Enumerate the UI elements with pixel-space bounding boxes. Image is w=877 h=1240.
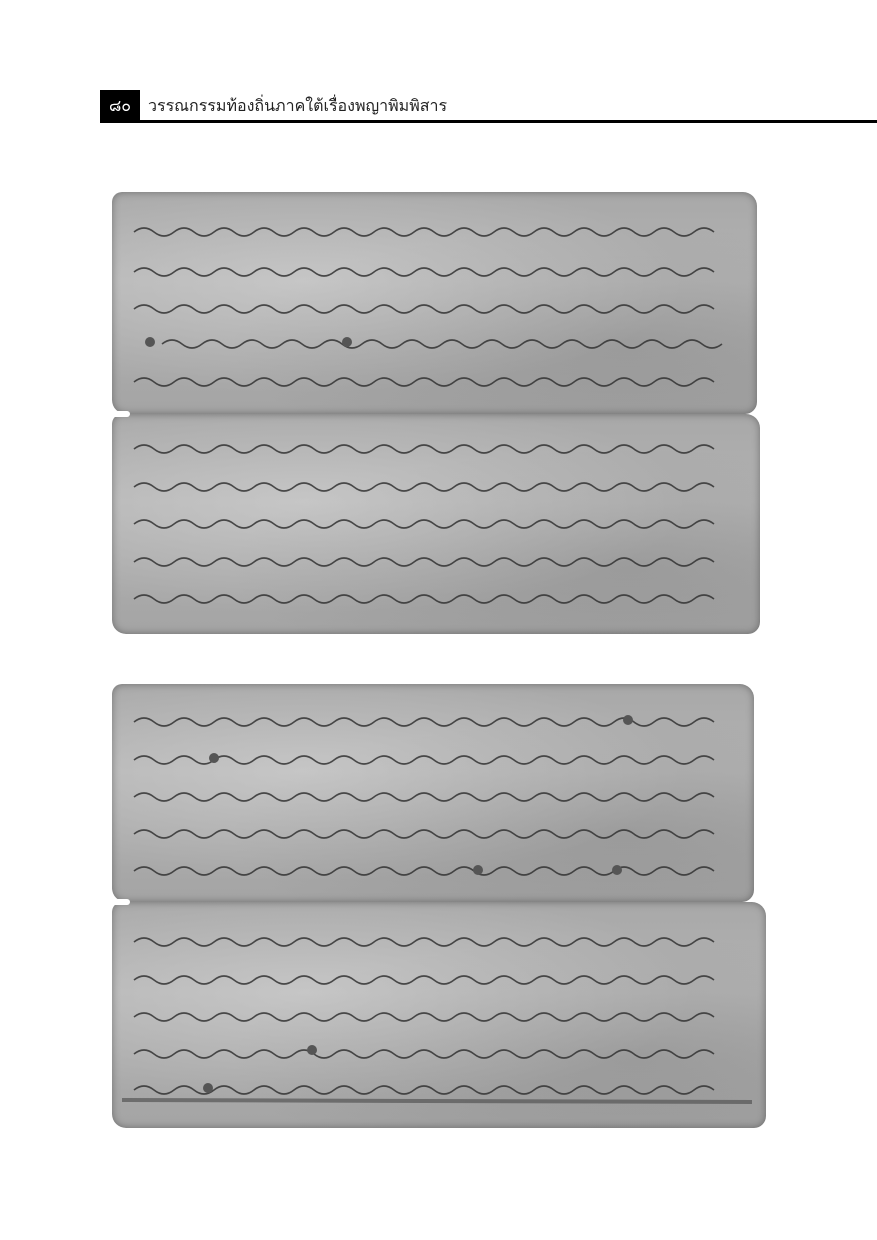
manuscript-photo-2 [112,684,766,1128]
handwritten-script-lines [112,192,757,414]
handwritten-script-lines [112,684,754,902]
header-rule [100,120,877,123]
page-number: ๘๐ [100,90,140,121]
running-header: ๘๐ วรรณกรรมท้องถิ่นภาคใต้เรื่องพญาพิมพิส… [100,90,877,123]
palm-leaf-lower [112,414,760,634]
handwritten-script-lines [112,414,760,634]
handwritten-script-lines [112,902,766,1128]
palm-leaf-upper [112,192,757,414]
palm-leaf-lower [112,902,766,1128]
palm-leaf-upper [112,684,754,902]
running-title: วรรณกรรมท้องถิ่นภาคใต้เรื่องพญาพิมพิสาร [148,94,447,119]
leaf-notch [112,899,130,905]
leaf-notch [112,411,130,417]
manuscript-photo-1 [112,192,760,634]
